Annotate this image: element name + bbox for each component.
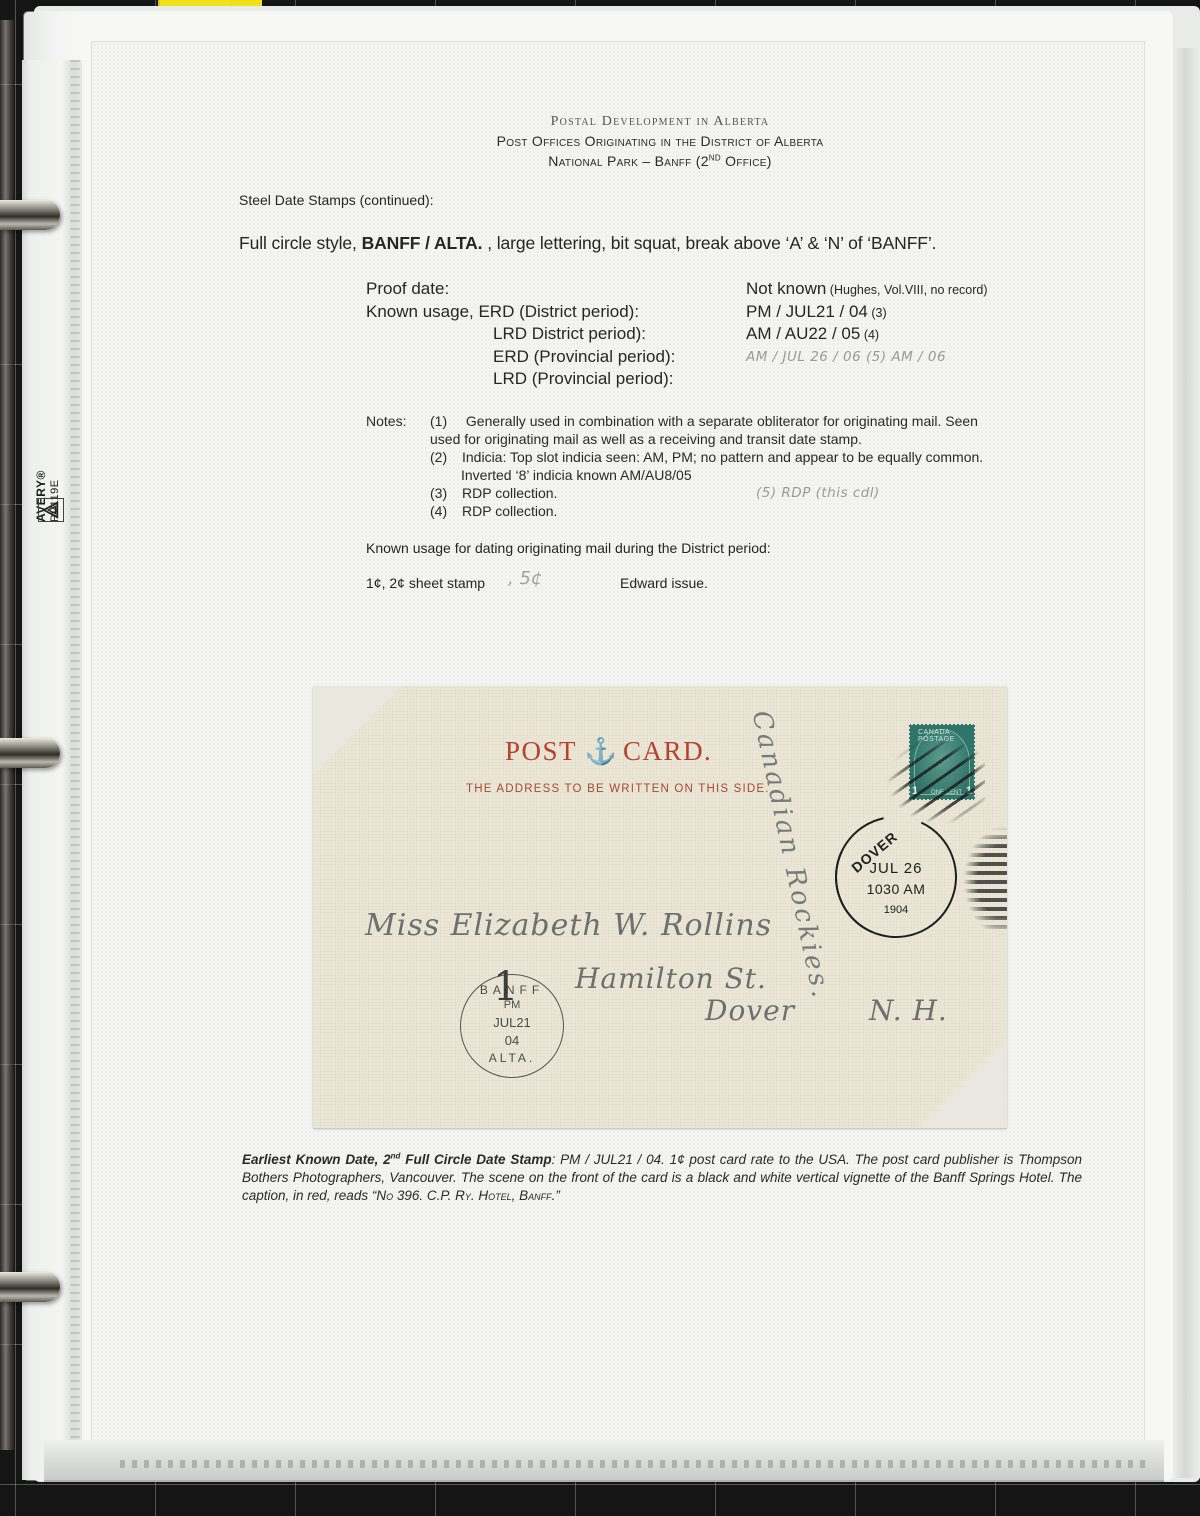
series-title: Postal Development in Alberta — [92, 113, 1200, 131]
caption-end: ” — [555, 1188, 560, 1203]
sheet-protector-bottom-perforation — [120, 1460, 1150, 1468]
note-item: (1) Generally used in combination with a… — [430, 412, 978, 430]
usage-label: ERD (Provincial period): — [493, 346, 675, 369]
style-desc-prefix: Full circle style, — [239, 233, 362, 253]
photo-corner-mount — [313, 686, 403, 776]
avery-triangle-logo-icon — [38, 498, 64, 522]
binder-ring-middle[interactable] — [0, 738, 60, 768]
caption-bold-prefix: Earliest Known Date, 2 — [242, 1152, 391, 1167]
duplex-killer-cancel — [885, 736, 985, 826]
binder-spine — [0, 20, 14, 1450]
caption-quote: No 396. C.P. Ry. Hotel, Banff. — [376, 1188, 555, 1203]
note-item: (3)RDP collection. — [430, 484, 557, 502]
office-title: National Park – Banff (2ND Office) — [92, 151, 1200, 171]
known-usage-heading: Known usage for dating originating mail … — [366, 540, 771, 556]
usage-label: Known usage, ERD (District period): — [366, 301, 639, 324]
section-label: Steel Date Stamps (continued): — [239, 192, 434, 208]
dover-cds-postmark: DOVER JUL 26 1030 AM 1904 — [835, 816, 957, 938]
known-usage-issue: Edward issue. — [620, 575, 708, 591]
handwritten-due-mark: 1 — [493, 964, 518, 1010]
note-item: (2)Indicia: Top slot indicia seen: AM, P… — [430, 448, 983, 466]
note-text: RDP collection. — [462, 485, 557, 501]
dover-cds-time: 1030 AM — [835, 881, 957, 897]
style-desc-town: BANFF / ALTA. — [362, 233, 483, 253]
note-text: Generally used in combination with a sep… — [462, 413, 978, 429]
usage-value-note: (3) — [868, 306, 887, 320]
photo-corner-mount — [917, 1038, 1007, 1128]
page-header: Postal Development in Alberta Post Offic… — [92, 113, 1200, 171]
postcard-title-right: CARD. — [623, 736, 712, 766]
style-desc-suffix: , large lettering, bit squat, break abov… — [482, 233, 936, 253]
anchor-icon: ⚓ — [585, 737, 615, 767]
note-number: (1) — [430, 412, 462, 430]
usage-value: PM / JUL21 / 04 (3) — [746, 301, 887, 325]
address-line: Hamilton St. — [575, 962, 767, 995]
note-number: (4) — [430, 502, 462, 520]
banff-cds-province: ALTA. — [461, 1051, 563, 1065]
usage-label: LRD (Provincial period): — [493, 368, 673, 391]
postcard-caption: Earliest Known Date, 2nd Full Circle Dat… — [242, 1151, 1082, 1205]
handwritten-note: (5) RDP (this cdl) — [756, 484, 880, 502]
page-subtitle: Post Offices Originating in the District… — [92, 131, 1200, 151]
dover-cds-date: JUL 26 — [835, 860, 957, 877]
caption-bold-suffix: Full Circle Date Stamp — [400, 1152, 551, 1167]
handwritten-usage-value: AM / JUL 26 / 06 (5) AM / 06 — [746, 346, 946, 369]
address-line: Miss Elizabeth W. Rollins — [365, 908, 772, 943]
postcard-subtitle: THE ADDRESS TO BE WRITTEN ON THIS SIDE. — [466, 783, 770, 795]
note-number: (3) — [430, 484, 462, 502]
binder-ring-top[interactable] — [0, 200, 60, 230]
note-text: Indicia: Top slot indicia seen: AM, PM; … — [462, 449, 983, 465]
notes-label: Notes: — [366, 412, 406, 430]
note-item: (4)RDP collection. — [430, 502, 557, 520]
banff-cds-date: JUL21 — [461, 1015, 563, 1030]
note-continuation: used for originating mail as well as a r… — [430, 430, 862, 448]
usage-value-main: Not known — [746, 279, 826, 298]
usage-value: AM / AU22 / 05 (4) — [746, 323, 879, 347]
office-ordinal: ND — [709, 153, 721, 162]
caption-ordinal: nd — [391, 1152, 401, 1161]
office-title-prefix: National Park – Banff (2 — [548, 153, 709, 169]
banff-cds-year: 04 — [461, 1033, 563, 1048]
handwritten-5c-addition: , 5¢ — [508, 568, 542, 589]
usage-value-note: (4) — [860, 328, 879, 342]
note-text: RDP collection. — [462, 503, 557, 519]
office-title-suffix: Office) — [721, 153, 772, 169]
usage-label: LRD District period): — [493, 323, 646, 346]
usage-label: Proof date: — [366, 278, 449, 301]
usage-value-main: AM / AU22 / 05 — [746, 324, 860, 343]
duplex-killer-cancel-partial — [963, 826, 1007, 936]
usage-value-note: (Hughes, Vol.VIII, no record) — [826, 283, 987, 297]
dover-cds-year: 1904 — [835, 904, 957, 916]
postcard-title: POST ⚓ CARD. — [505, 736, 712, 767]
note-number: (2) — [430, 448, 462, 466]
postcard-title-left: POST — [505, 736, 577, 766]
address-line: N. H. — [869, 994, 948, 1027]
binder-ring-bottom[interactable] — [0, 1272, 60, 1302]
address-line: Dover — [705, 994, 795, 1027]
usage-value: Not known (Hughes, Vol.VIII, no record) — [746, 278, 988, 302]
style-description: Full circle style, BANFF / ALTA. , large… — [239, 233, 936, 254]
postcard-cover: POST ⚓ CARD. THE ADDRESS TO BE WRITTEN O… — [313, 686, 1007, 1128]
known-usage-stamps: 1¢, 2¢ sheet stamp — [366, 575, 485, 591]
binding-strip-perforation — [70, 60, 80, 1470]
usage-value-main: PM / JUL21 / 04 — [746, 302, 868, 321]
note-continuation: Inverted ‘8’ indicia known AM/AU8/05 — [461, 466, 692, 484]
vertical-handwritten-annotation: Canadian Rockies. — [746, 708, 837, 1003]
